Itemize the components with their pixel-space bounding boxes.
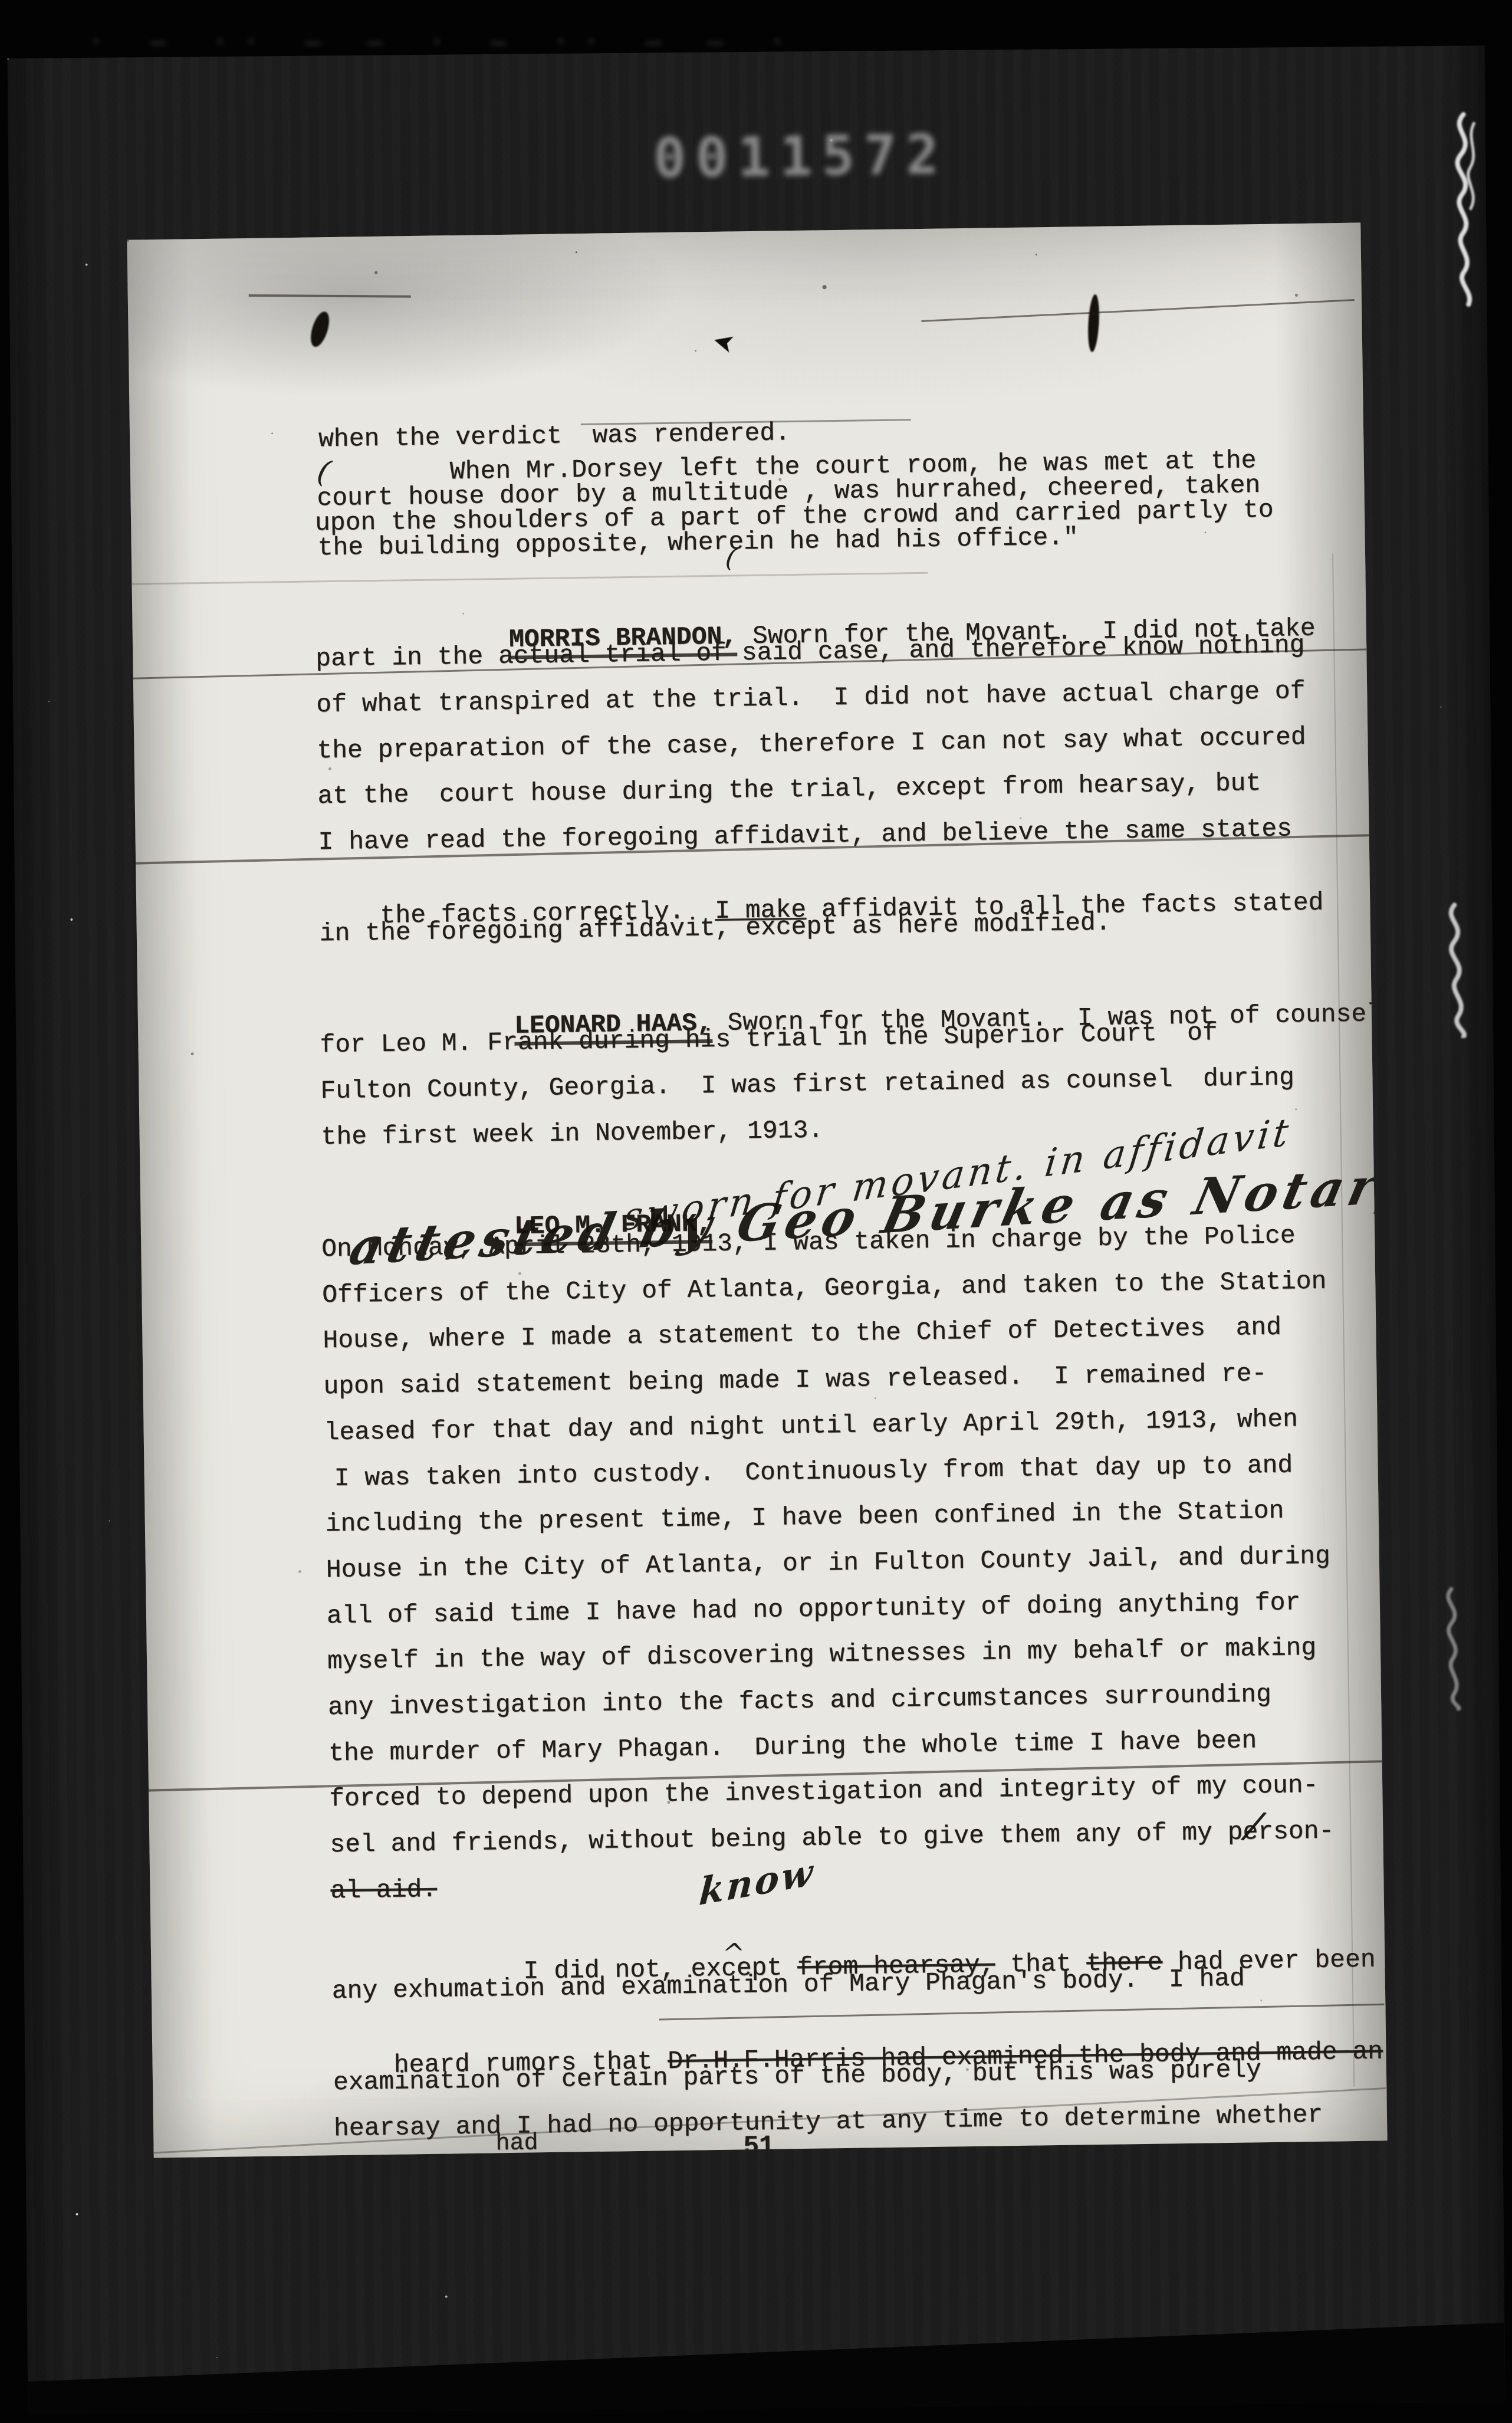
struck-typed-line: al aid.	[330, 1875, 437, 1906]
typed-line: including the present time, I have been …	[325, 1496, 1284, 1539]
fold-line	[1332, 553, 1355, 2087]
typed-line: myself in the way of discovering witness…	[327, 1633, 1317, 1676]
typed-line: any investigation into the facts and cir…	[328, 1680, 1271, 1722]
typed-line: forced to depend upon the investigation …	[329, 1771, 1319, 1813]
quote-line: when the verdict was rendered.	[318, 418, 791, 454]
typed-line: House in the City of Atlanta, or in Fult…	[326, 1541, 1331, 1584]
typed-line: the murder of Mary Phagan. During the wh…	[328, 1726, 1257, 1768]
affidavit-page: ➤ when the verdict was rendered. ( When …	[127, 223, 1387, 2158]
paper-specks	[127, 240, 129, 242]
scratch-line	[249, 294, 411, 298]
typed-line: leased for that day and night until earl…	[324, 1404, 1298, 1447]
scratch-line	[132, 572, 928, 585]
arrow-ink-mark: ➤	[706, 316, 739, 365]
ink-blob-mark	[1087, 294, 1100, 352]
ghost-text-strip: · — ·· — — · — ·· — — ·	[88, 27, 1457, 57]
typed-line: the first week in November, 1913.	[321, 1115, 823, 1151]
film-dust-specks	[8, 58, 9, 60]
typed-line: House, where I made a statement to the C…	[323, 1313, 1281, 1355]
scratch-line	[921, 299, 1354, 322]
typed-line: I have read the foregoing affidavit, and…	[318, 814, 1292, 856]
typed-line: I was taken into custody. Continuously f…	[334, 1450, 1293, 1493]
handwritten-insertion-know: know	[698, 1850, 816, 1914]
typed-line: the preparation of the case, therefore I…	[317, 723, 1306, 765]
typed-line: all of said time I have had no opportuni…	[327, 1588, 1301, 1630]
microfilm-frame-number-stamp: 0011572	[653, 123, 948, 191]
typed-line: upon said statement being made I was rel…	[323, 1359, 1267, 1401]
typed-line: at the court house during the trial, exc…	[317, 769, 1261, 810]
insertion-caret: ^	[720, 1937, 747, 1969]
typed-line: Officers of the City of Atlanta, Georgia…	[322, 1267, 1327, 1310]
typed-line: sel and friends, without being able to g…	[330, 1816, 1334, 1859]
ink-blob-mark	[307, 310, 333, 349]
film-edge-writing	[1431, 1585, 1481, 1712]
